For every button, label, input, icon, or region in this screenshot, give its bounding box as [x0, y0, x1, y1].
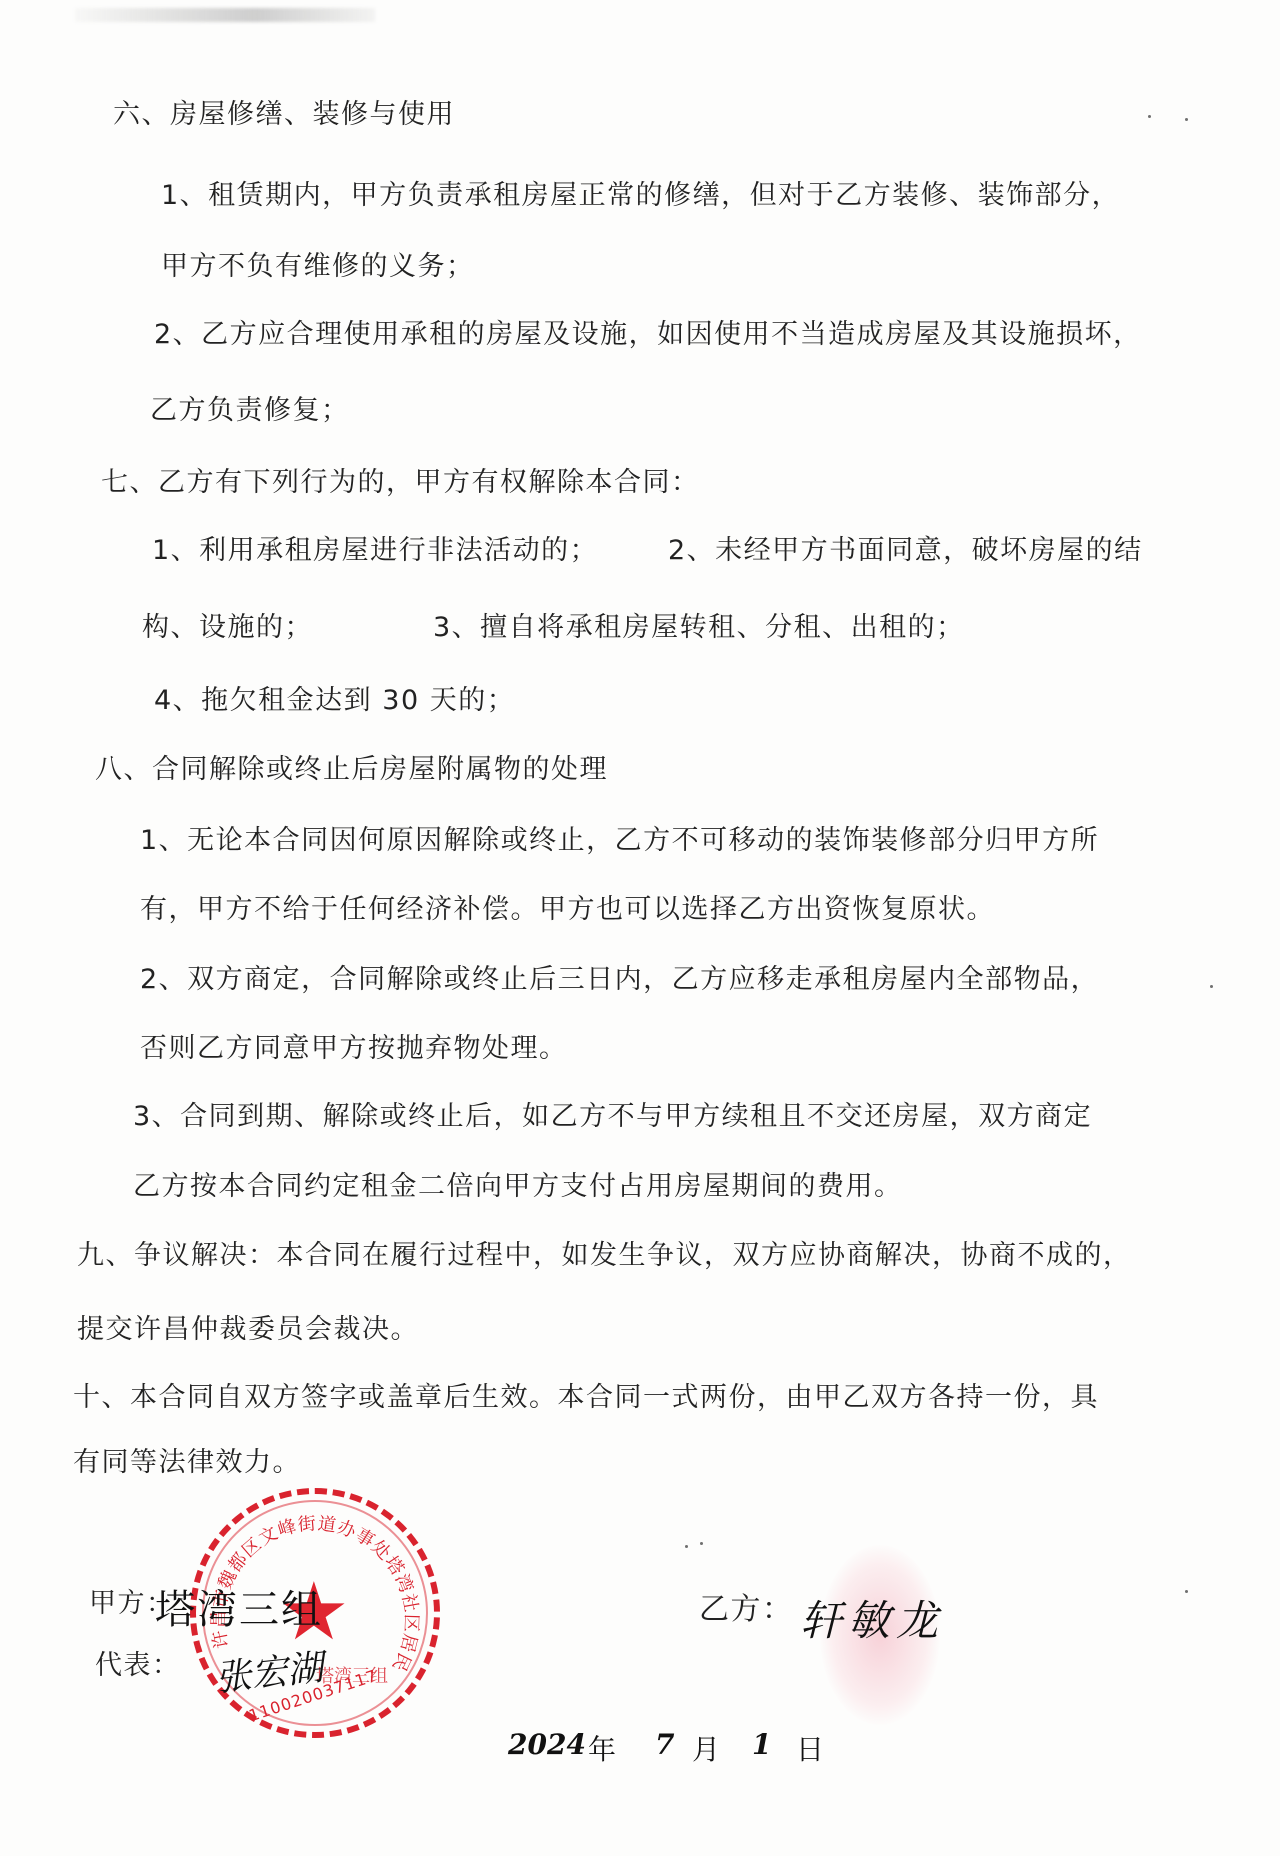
section-8-item-3-line-1: 3、合同到期、解除或终止后，如乙方不与甲方续租且不交还房屋，双方商定 — [133, 1101, 1092, 1133]
scan-speck — [1185, 118, 1188, 121]
scan-speck — [685, 1545, 688, 1548]
party-a-name: 塔湾三组 — [155, 1588, 323, 1632]
date-year: 2024 — [508, 1728, 586, 1761]
scan-speck — [1148, 115, 1151, 118]
section-7-clause-2-cont: 构、设施的； — [142, 612, 313, 644]
section-7-heading: 七、乙方有下列行为的，甲方有权解除本合同： — [101, 467, 700, 499]
date-month-label: 月 — [692, 1728, 720, 1768]
section-9-line-2: 提交许昌仲裁委员会裁决。 — [77, 1314, 419, 1346]
section-6-item-2-line-2: 乙方负责修复； — [150, 395, 350, 427]
date-day-label: 日 — [796, 1728, 824, 1768]
scan-speck — [1185, 1590, 1188, 1593]
scan-speck — [1210, 985, 1213, 988]
section-8-item-2-line-1: 2、双方商定，合同解除或终止后三日内，乙方应移走承租房屋内全部物品， — [140, 964, 1099, 996]
section-7-clause-4: 4、拖欠租金达到 30 天的； — [154, 685, 515, 717]
scan-speck — [700, 1542, 703, 1545]
section-8-item-2-line-2: 否则乙方同意甲方按抛弃物处理。 — [140, 1033, 568, 1065]
representative-label: 代表： — [95, 1650, 181, 1682]
date-day: 1 — [752, 1728, 771, 1761]
party-b-signature: 轩敏龙 — [800, 1588, 944, 1648]
section-10-line-1: 十、本合同自双方签字或盖章后生效。本合同一式两份，由甲乙双方各持一份，具 — [73, 1382, 1099, 1414]
section-9-line-1: 九、争议解决：本合同在履行过程中，如发生争议，双方应协商解决，协商不成的， — [77, 1240, 1132, 1272]
section-7-clause-3: 3、擅自将承租房屋转租、分租、出租的； — [433, 612, 965, 644]
section-8-item-3-line-2: 乙方按本合同约定租金二倍向甲方支付占用房屋期间的费用。 — [133, 1171, 903, 1203]
section-6-item-1-line-2: 甲方不负有维修的义务； — [161, 251, 475, 283]
party-b-label: 乙方： — [699, 1594, 794, 1626]
section-7-clause-1: 1、利用承租房屋进行非法活动的； — [152, 535, 598, 567]
section-6-heading: 六、房屋修缮、装修与使用 — [113, 99, 455, 131]
section-7-clause-2: 2、未经甲方书面同意，破坏房屋的结 — [668, 535, 1143, 567]
section-6-item-1-line-1: 1、租赁期内，甲方负责承租房屋正常的修缮，但对于乙方装修、装饰部分， — [161, 180, 1120, 212]
section-8-item-1-line-2: 有，甲方不给于任何经济补偿。甲方也可以选择乙方出资恢复原状。 — [140, 894, 995, 926]
section-8-item-1-line-1: 1、无论本合同因何原因解除或终止，乙方不可移动的装饰装修部分归甲方所 — [140, 825, 1099, 857]
scan-smudge — [75, 8, 375, 22]
date-month: 7 — [655, 1728, 674, 1761]
section-10-line-2: 有同等法律效力。 — [73, 1447, 301, 1479]
date-year-label: 年 — [588, 1728, 616, 1768]
section-6-item-2-line-1: 2、乙方应合理使用承租的房屋及设施，如因使用不当造成房屋及其设施损坏， — [154, 319, 1142, 351]
section-8-heading: 八、合同解除或终止后房屋附属物的处理 — [95, 754, 608, 786]
